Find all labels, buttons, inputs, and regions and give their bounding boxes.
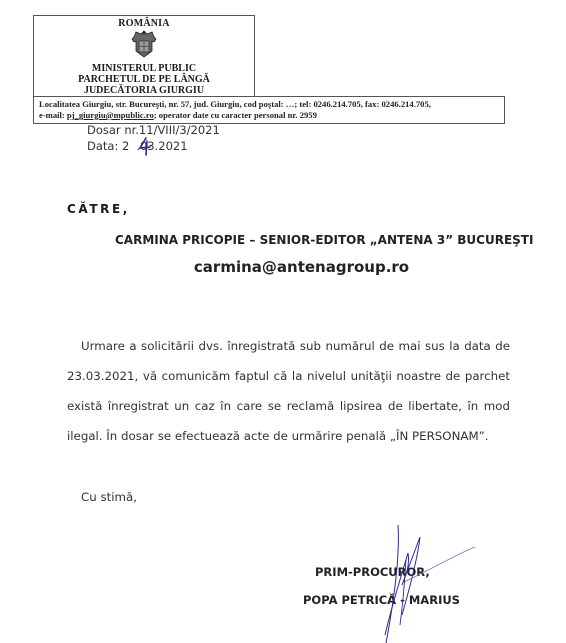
date-label: Data: [87, 139, 122, 153]
date-prefix: 2 [122, 139, 129, 153]
contact-box: Localitatea Giurgiu, str. Bucureşti, nr.… [33, 96, 505, 124]
contact-email-line: e-mail: pj_giurgiu@mpublic.ro; operator … [39, 110, 499, 121]
recipient-email[interactable]: carmina@antenagroup.ro [0, 258, 566, 276]
recipient-name: CARMINA PRICOPIE – SENIOR-EDITOR „ANTENA… [115, 233, 533, 247]
salutation: Cu stimă, [81, 490, 137, 504]
handwritten-signature-icon [380, 525, 480, 643]
contact-address: Localitatea Giurgiu, str. Bucureşti, nr.… [39, 99, 499, 110]
letterhead-box: ROMÂNIA MINISTERUL PUBLIC PARCHETUL DE P… [33, 15, 255, 96]
addressee-label: CĂTRE, [67, 202, 130, 216]
body-paragraph: Urmare a solicitării dvs. înregistrată s… [67, 331, 510, 451]
romania-coat-of-arms-icon [130, 29, 158, 59]
country-name: ROMÂNIA [34, 18, 254, 29]
case-number: Dosar nr.11/VIII/3/2021 [87, 123, 220, 137]
institution-email-link[interactable]: pj_giurgiu@mpublic.ro [67, 110, 154, 120]
signatory-title: PRIM-PROCUROR, [315, 565, 430, 579]
handwritten-digit-icon [138, 136, 152, 156]
signatory-name: POPA PETRICĂ - MARIUS [303, 593, 460, 607]
email-label: e-mail: [39, 110, 67, 120]
operator-info: ; operator date cu caracter personal nr.… [154, 110, 317, 120]
